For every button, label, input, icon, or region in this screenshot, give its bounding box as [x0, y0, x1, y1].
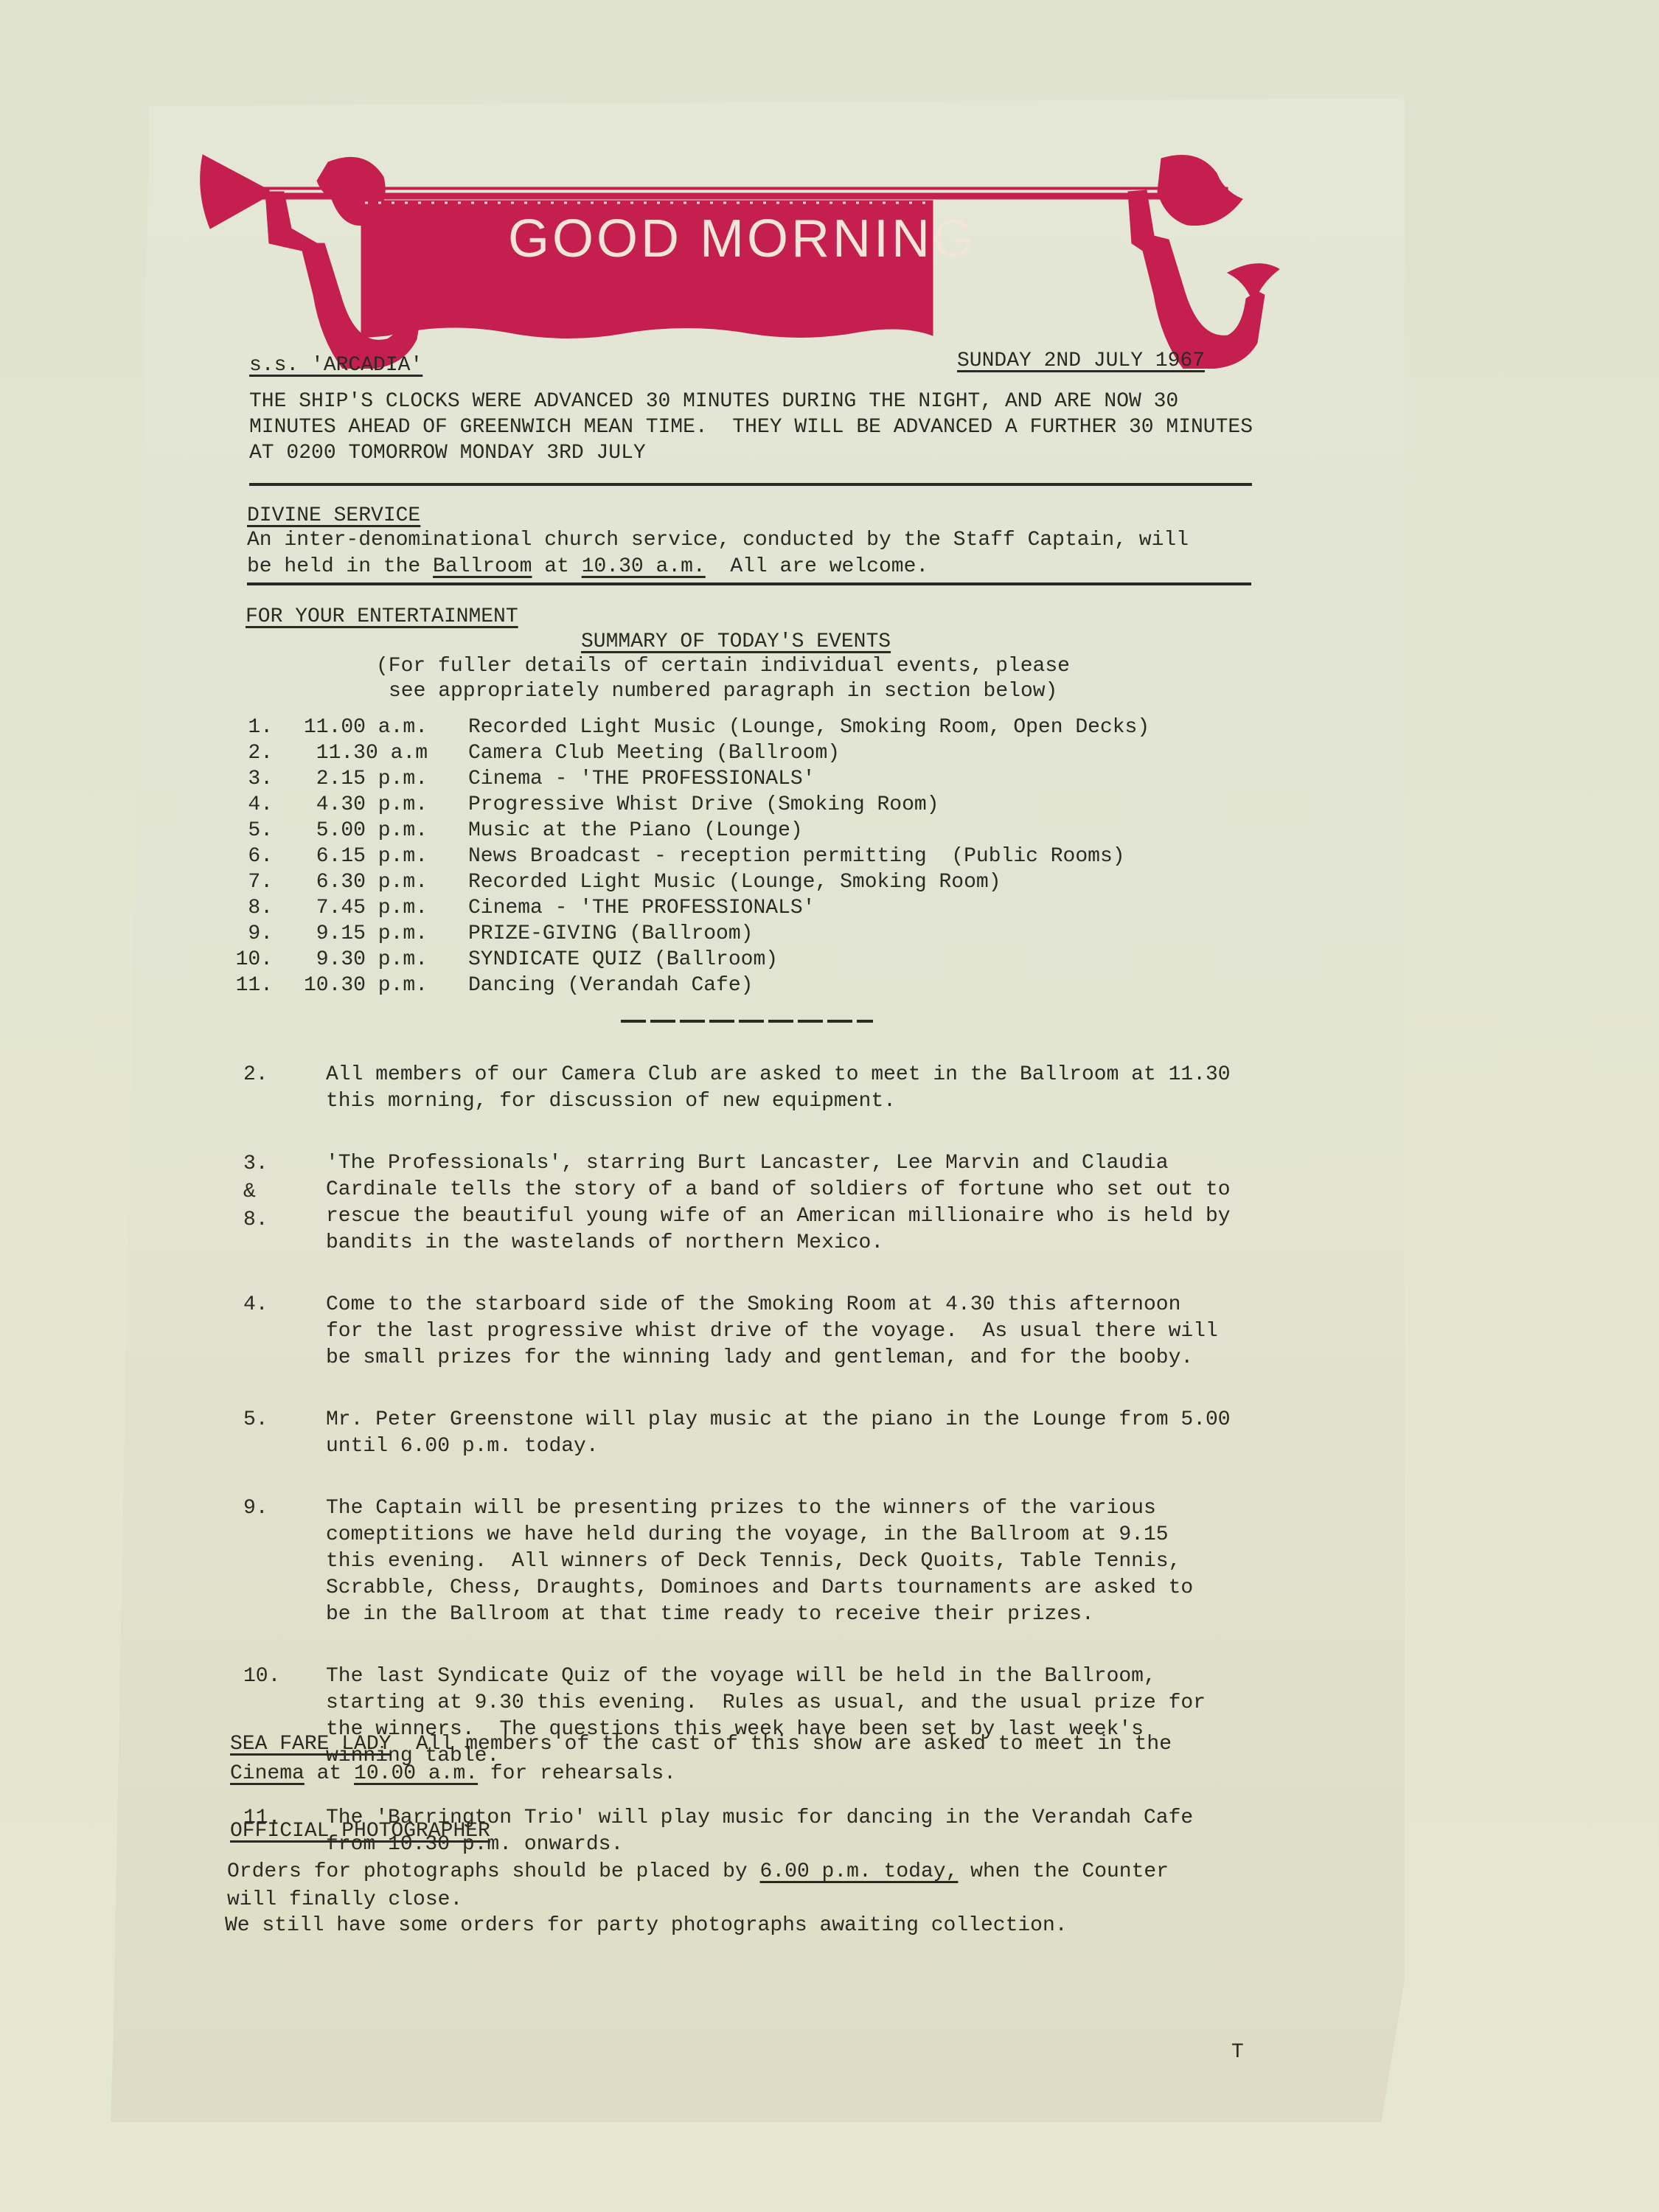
event-number: 8.	[229, 895, 273, 921]
paragraph-line: rescue the beautiful young wife of an Am…	[326, 1203, 1231, 1229]
paragraph-line: bandits in the wastelands of northern Me…	[326, 1230, 883, 1256]
event-description: Dancing (Verandah Cafe)	[468, 973, 753, 998]
event-number: 2.	[229, 740, 273, 766]
event-description: PRIZE-GIVING (Ballroom)	[468, 921, 753, 947]
photographer-heading: OFFICIAL PHOTOGRAPHER	[230, 1818, 490, 1844]
event-number: 10.	[229, 947, 273, 973]
event-time: 2.15 p.m.	[302, 766, 428, 792]
paragraph-number: 2.	[243, 1062, 268, 1088]
photographer-line-1: Orders for photographs should be placed …	[227, 1859, 1169, 1885]
entertainment-heading: FOR YOUR ENTERTAINMENT	[246, 604, 518, 630]
clock-notice-line-2: MINUTES AHEAD OF GREENWICH MEAN TIME. TH…	[249, 414, 1253, 440]
paragraph-line: be small prizes for the winning lady and…	[326, 1345, 1193, 1371]
dashed-divider	[621, 1020, 873, 1023]
divine-service-heading: DIVINE SERVICE	[247, 503, 420, 529]
paragraph-line: The Captain will be presenting prizes to…	[326, 1495, 1156, 1521]
event-description: Cinema - 'THE PROFESSIONALS'	[468, 766, 815, 792]
sea-fare-lady-line-2: Cinema at 10.00 a.m. for rehearsals.	[230, 1761, 676, 1787]
event-time: 9.15 p.m.	[302, 921, 428, 947]
ship-name: s.s. 'ARCADIA'	[249, 352, 422, 378]
paragraph-line: this evening. All winners of Deck Tennis…	[326, 1548, 1180, 1574]
event-number: 6.	[229, 844, 273, 869]
paragraph-number: 9.	[243, 1495, 268, 1521]
event-description: SYNDICATE QUIZ (Ballroom)	[468, 947, 778, 973]
paragraph-line: Scrabble, Chess, Draughts, Dominoes and …	[326, 1575, 1193, 1601]
event-description: Recorded Light Music (Lounge, Smoking Ro…	[468, 714, 1150, 740]
event-time: 11.30 a.m	[302, 740, 428, 766]
footer-mark: T	[1231, 2039, 1244, 2065]
event-number: 9.	[229, 921, 273, 947]
event-description: Music at the Piano (Lounge)	[468, 818, 803, 844]
event-time: 6.30 p.m.	[302, 869, 428, 895]
event-number: 1.	[229, 714, 273, 740]
paragraph-line: 'The Professionals', starring Burt Lanca…	[326, 1150, 1169, 1176]
paragraph-line: starting at 9.30 this evening. Rules as …	[326, 1690, 1206, 1716]
event-time: 9.30 p.m.	[302, 947, 428, 973]
paragraph-number: 3. & 8.	[243, 1150, 268, 1234]
event-description: News Broadcast - reception permitting (P…	[468, 844, 1125, 869]
summary-note-line-2: see appropriately numbered paragraph in …	[389, 678, 1057, 704]
photographer-line-2: will finally close.	[227, 1887, 462, 1913]
event-time: 11.00 a.m.	[302, 714, 428, 740]
paragraph-line: Mr. Peter Greenstone will play music at …	[326, 1407, 1231, 1433]
section-divider	[249, 483, 1252, 486]
paragraph-number: 10.	[243, 1663, 280, 1689]
paragraph-line: be in the Ballroom at that time ready to…	[326, 1601, 1094, 1627]
clock-notice-line-3: AT 0200 TOMORROW MONDAY 3RD JULY	[249, 440, 646, 466]
clock-notice-line-1: THE SHIP'S CLOCKS WERE ADVANCED 30 MINUT…	[249, 389, 1178, 414]
paragraph-line: All members of our Camera Club are asked…	[326, 1062, 1231, 1088]
photographer-line-3: We still have some orders for party phot…	[225, 1913, 1068, 1938]
summary-heading: SUMMARY OF TODAY'S EVENTS	[581, 629, 891, 655]
event-time: 10.30 p.m.	[302, 973, 428, 998]
sea-fare-lady-line-1: SEA FARE LADY All members of the cast of…	[230, 1731, 1172, 1757]
event-description: Camera Club Meeting (Ballroom)	[468, 740, 840, 766]
section-divider	[247, 582, 1251, 585]
paragraph-line: Cardinale tells the story of a band of s…	[326, 1177, 1231, 1203]
divine-service-line-1: An inter-denominational church service, …	[247, 527, 1189, 553]
event-description: Progressive Whist Drive (Smoking Room)	[468, 792, 939, 818]
paragraph-line: until 6.00 p.m. today.	[326, 1433, 599, 1459]
paragraph-line: Come to the starboard side of the Smokin…	[326, 1292, 1180, 1318]
paragraph-number: 5.	[243, 1407, 268, 1433]
event-description: Recorded Light Music (Lounge, Smoking Ro…	[468, 869, 1001, 895]
sea-fare-lady-heading: SEA FARE LADY	[230, 1733, 391, 1756]
event-number: 5.	[229, 818, 273, 844]
event-time: 6.15 p.m.	[302, 844, 428, 869]
paragraph-line: for the last progressive whist drive of …	[326, 1318, 1218, 1344]
newsletter-date: SUNDAY 2ND JULY 1967	[957, 348, 1205, 374]
divine-service-line-2: be held in the Ballroom at 10.30 a.m. Al…	[247, 554, 928, 580]
paragraph-line: The last Syndicate Quiz of the voyage wi…	[326, 1663, 1156, 1689]
paragraph-line: comeptitions we have held during the voy…	[326, 1522, 1169, 1548]
good-morning-banner: GOOD MORNING	[195, 147, 1324, 369]
paragraph-number: 4.	[243, 1292, 268, 1318]
event-number: 11.	[229, 973, 273, 998]
event-time: 5.00 p.m.	[302, 818, 428, 844]
event-number: 4.	[229, 792, 273, 818]
banner-title: GOOD MORNING	[455, 209, 1030, 269]
event-time: 7.45 p.m.	[302, 895, 428, 921]
event-description: Cinema - 'THE PROFESSIONALS'	[468, 895, 815, 921]
event-number: 3.	[229, 766, 273, 792]
event-time: 4.30 p.m.	[302, 792, 428, 818]
paragraph-line: this morning, for discussion of new equi…	[326, 1088, 896, 1114]
summary-note-line-1: (For fuller details of certain individua…	[376, 653, 1070, 679]
event-number: 7.	[229, 869, 273, 895]
